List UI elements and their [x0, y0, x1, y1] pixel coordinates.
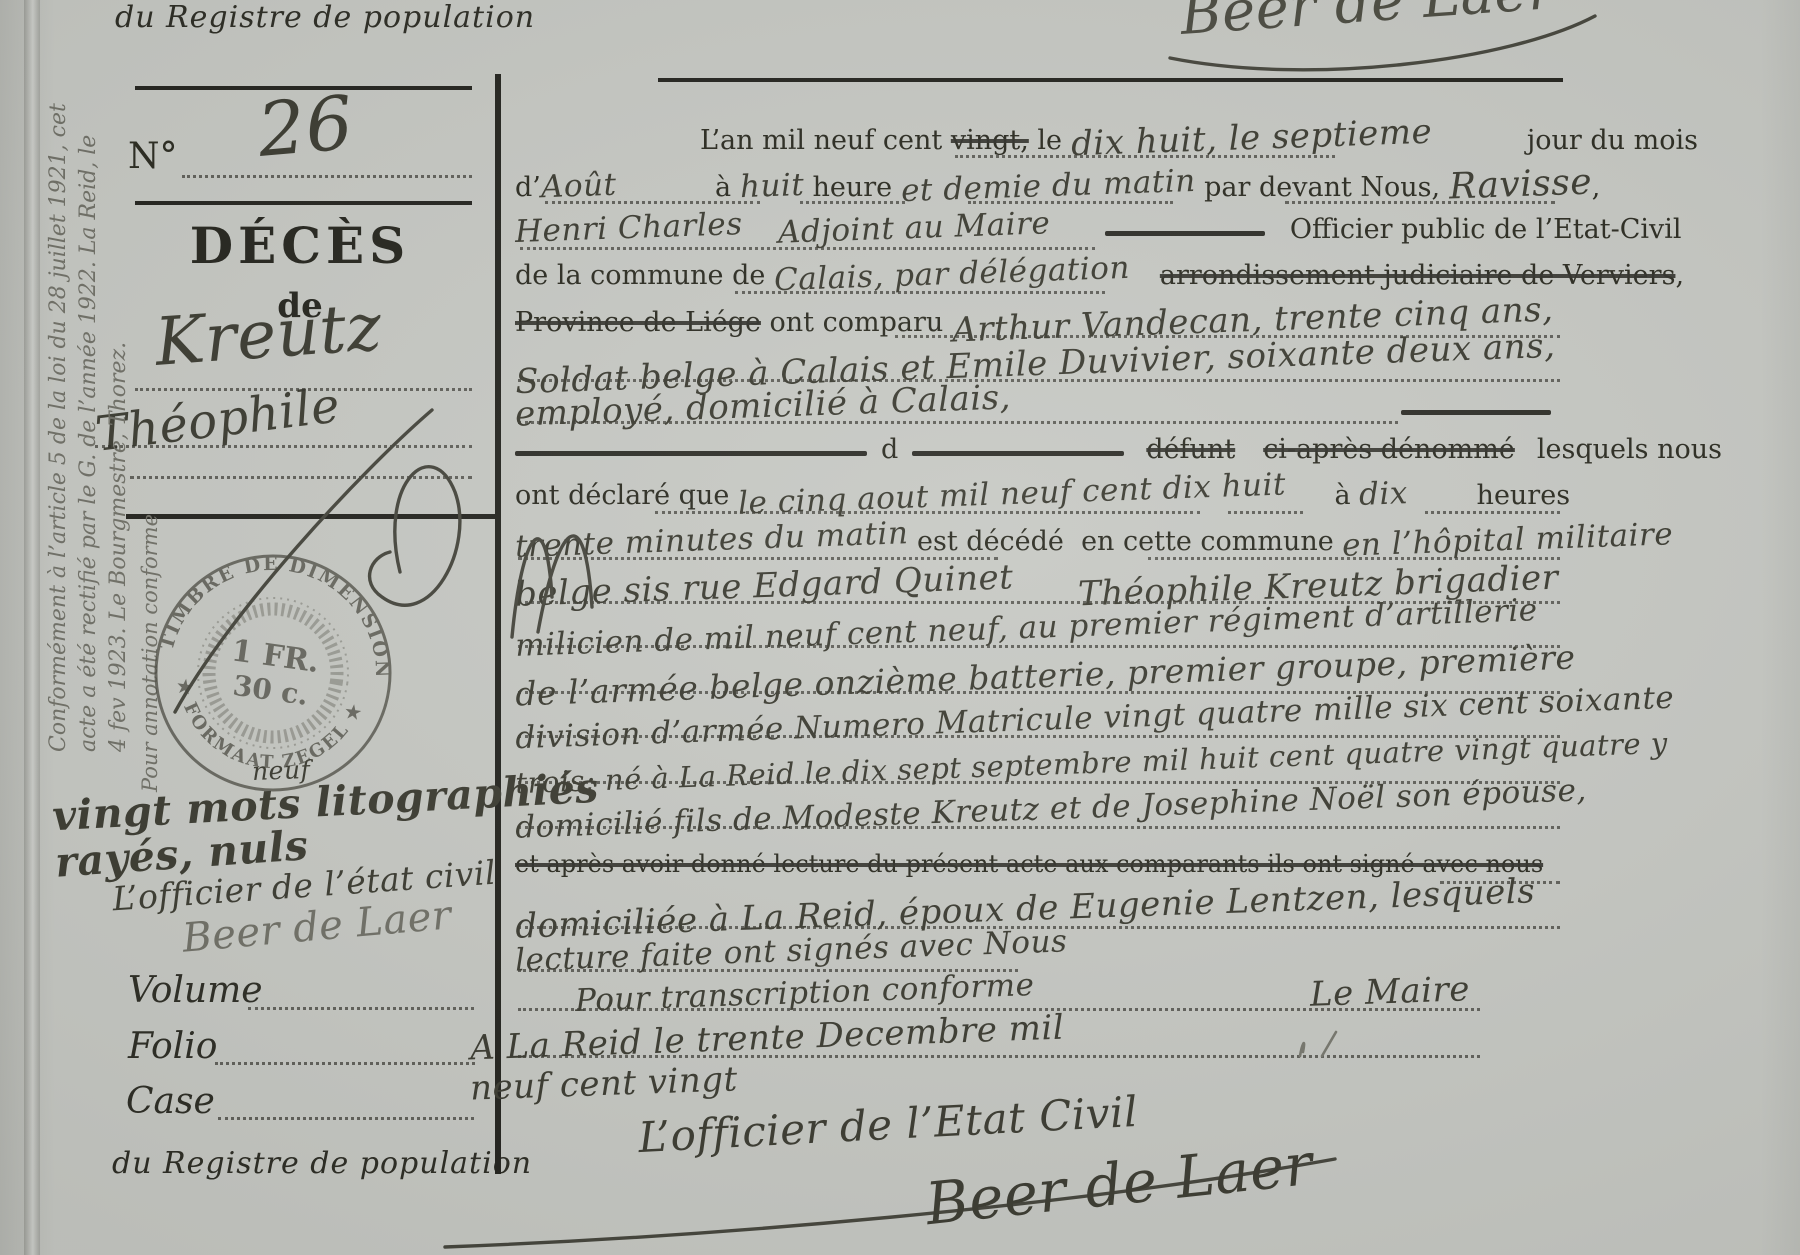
act-number-value: 26 — [254, 80, 356, 174]
body-line-15: trois; né à La Reid le dix sept septembr… — [515, 746, 1585, 780]
printed-text: , — [1592, 172, 1601, 203]
handwritten-text: Ravisse — [1448, 162, 1592, 208]
handwritten-text: dix huit, le septieme — [1070, 112, 1432, 165]
handwritten-text: Août — [540, 167, 617, 206]
printed-text: ont comparu — [761, 307, 952, 338]
struck-printed-text: arrondissement judiciaire de Verviers — [1160, 260, 1676, 291]
struck-printed-text: Province de Liége — [515, 307, 761, 338]
body-line-12: milicien de mil neuf cent neuf, au premi… — [515, 610, 1585, 646]
handwritten-text: huit — [739, 167, 805, 205]
handwritten-text: et demie du matin — [900, 163, 1196, 209]
printed-text: L’an mil neuf cent — [700, 125, 951, 156]
printed-text: par devant Nous, — [1196, 172, 1449, 203]
deces-title: DÉCÈS — [120, 216, 480, 275]
dash-fill — [1401, 410, 1551, 415]
handwritten-text: dix — [1359, 475, 1409, 513]
body-line-6: Soldat belge à Calais et Emile Duvivier,… — [515, 344, 1585, 384]
case-label: Case — [126, 1081, 215, 1122]
printed-text: à — [1326, 480, 1359, 511]
printed-text: Officier public de l’Etat-Civil — [1290, 214, 1682, 245]
death-certificate-page: Conformément à l’article 5 de la loi du … — [0, 0, 1800, 1255]
body-line-9: ont déclaré que le cinq aout mil neuf ce… — [515, 476, 1585, 512]
folio-dotted-line — [215, 1062, 475, 1065]
struck-printed-text: ci-après dénommé — [1263, 434, 1515, 465]
case-dotted-line — [218, 1117, 474, 1120]
pencil-marks — [1290, 1026, 1360, 1062]
body-line-10: trente minutes du matin est décédé en ce… — [515, 522, 1585, 558]
handwritten-text: Calais, par délégation — [773, 250, 1130, 298]
mayor-signature-label: Le Maire — [1309, 969, 1470, 1015]
printed-text: jour du mois — [1527, 125, 1698, 156]
printed-text: d’ — [515, 172, 541, 203]
deceased-surname: Kreutz — [153, 288, 385, 381]
body-line-7: employé, domicilié à Calais, — [515, 386, 1585, 426]
printed-text: de la commune de — [515, 260, 774, 291]
overstamp-signature-flourish — [60, 382, 620, 742]
printed-text: lesquels nous — [1537, 434, 1722, 465]
handwritten-text: Adjoint au Maire — [777, 205, 1050, 250]
register-label-top: du Registre de population — [115, 0, 535, 35]
struck-printed-text: défunt — [1146, 434, 1235, 465]
struck-printed-text: vingt, — [951, 125, 1029, 156]
volume-dotted-line — [248, 1007, 474, 1010]
body-line-14: division d’armée Numero Matricule vingt … — [515, 700, 1585, 736]
body-line-8: ddéfuntci-après dénommélesquels nous — [515, 434, 1585, 465]
handwritten-text: Henri Charles — [514, 206, 743, 250]
left-rule — [135, 86, 472, 90]
printed-text: à — [706, 172, 739, 203]
number-dotted-line — [182, 175, 472, 178]
volume-label: Volume — [128, 970, 263, 1011]
body-line-19: lecture faite ont signés avec Nous — [515, 933, 1585, 969]
printed-text: , — [1675, 260, 1684, 291]
number-label: N° — [128, 136, 178, 177]
handwritten-text: A La Reid le trente Decembre mil — [469, 1008, 1064, 1069]
folio-label: Folio — [128, 1026, 217, 1067]
body-line-20: Pour transcription conformeLe Maire — [515, 972, 1585, 1012]
body-top-rule — [658, 78, 1563, 82]
dash-fill — [1105, 231, 1265, 236]
paper-fold-edge — [24, 0, 40, 1255]
left-rule — [135, 201, 472, 205]
body-line-17: et après avoir donné lecture du présent … — [515, 850, 1585, 878]
body-line-16: domicilié fils de Modeste Kreutz et de J… — [515, 791, 1585, 827]
handwritten-text: en l’hôpital militaire — [1342, 516, 1674, 564]
body-line-2: d’Août à huit heure et demie du matin pa… — [515, 164, 1585, 205]
printed-text: d — [881, 434, 898, 465]
body-line-21: A La Reid le trente Decembre mil — [470, 1018, 1540, 1058]
printed-text: en cette commune — [1073, 526, 1343, 557]
printed-text: le — [1029, 125, 1071, 156]
printed-text: heures — [1468, 480, 1570, 511]
body-line-3: Henri CharlesAdjoint au MaireOfficier pu… — [515, 210, 1585, 246]
dash-fill — [912, 451, 1124, 456]
printed-text: est décédé — [908, 526, 1072, 557]
header-signature-flourish — [1150, 6, 1620, 76]
body-line-1: L’an mil neuf cent vingt, le dix huit, l… — [515, 118, 1770, 158]
body-line-4: de la commune de Calais, par délégationa… — [515, 256, 1585, 292]
printed-text: heure — [804, 172, 901, 203]
struck-printed-text: et après avoir donné lecture du présent … — [515, 850, 1543, 878]
